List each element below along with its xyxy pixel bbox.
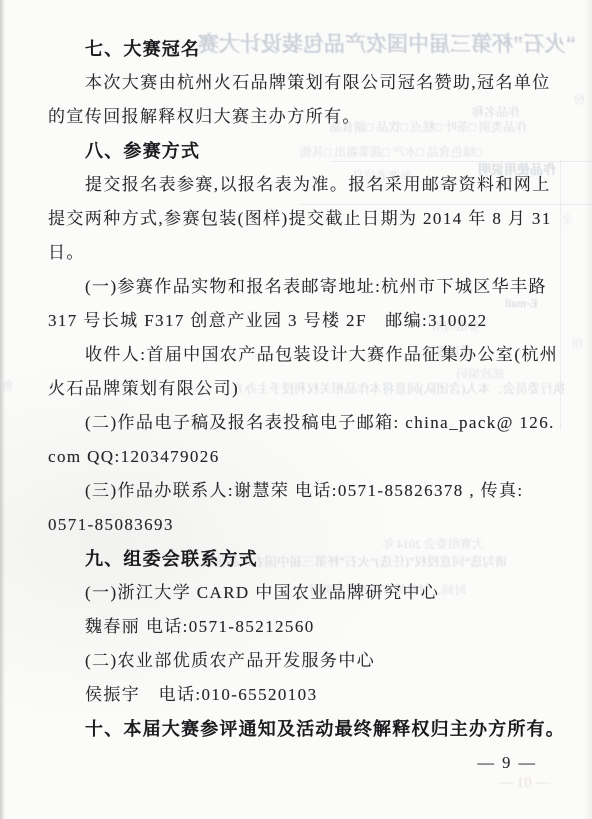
bleedthrough-ghost-text: 鱼 [2,380,13,392]
text-line: 的宣传回报解释权归大赛主办方所有。 [48,100,548,134]
text-line: (一)浙江大学 CARD 中国农业品牌研究中心 [48,576,548,610]
text-line: com QQ:1203479026 [48,440,548,474]
ghost-table-vline [560,160,561,430]
bleedthrough-ghost-text: 纽 [572,338,583,350]
text-line: 日。 [48,236,548,270]
text-line: (一)参赛作品实物和报名表邮寄地址:杭州市下城区华丰路 [48,270,548,304]
text-line: 魏春丽 电话:0571-85212560 [48,610,548,644]
page-number: — 9 — [478,746,538,780]
text-line: 0571-85083693 [48,508,548,542]
text-line: 火石品牌策划有限公司) [48,372,548,406]
bleedthrough-ghost-text: 份 [574,94,585,106]
section-heading: 七、大赛冠名 [48,32,548,66]
text-line: 本次大赛由杭州火石品牌策划有限公司冠名赞助,冠名单位 [48,66,548,100]
text-line: 提交两种方式,参赛包装(图样)提交截止日期为 2014 年 8 月 31 [48,202,548,236]
section-heading: 八、参赛方式 [48,134,548,168]
text-line: 提交报名表参赛,以报名表为准。报名采用邮寄资料和网上 [48,168,548,202]
section-heading: 十、本届大赛参评通知及活动最终解释权归主办方所有。 [48,712,548,746]
text-line: (二)作品电子稿及报名表投稿电子邮箱: china_pack@ 126. [48,406,548,440]
text-line: 收件人:首届中国农产品包装设计大赛作品征集办公室(杭州 [48,338,548,372]
scanned-document-page: “火石”杯第三届中国农产品包装设计大赛作品名称作品类别 □茶叶 □糕点 □饮品 … [0,0,592,819]
section-heading: 九、组委会联系方式 [48,542,548,576]
text-line: 317 号长城 F317 创意产业园 3 号楼 2F 邮编:310022 [48,304,548,338]
text-line: (二)农业部优质农产品开发服务中心 [48,644,548,678]
bleedthrough-ghost-text: 全 [562,214,573,226]
text-line: 侯振宇 电话:010-65520103 [48,678,548,712]
text-line: (三)作品办联系人:谢慧荣 电话:0571-85826378 , 传真: [48,474,548,508]
document-body: 七、大赛冠名本次大赛由杭州火石品牌策划有限公司冠名赞助,冠名单位的宣传回报解释权… [48,32,548,746]
